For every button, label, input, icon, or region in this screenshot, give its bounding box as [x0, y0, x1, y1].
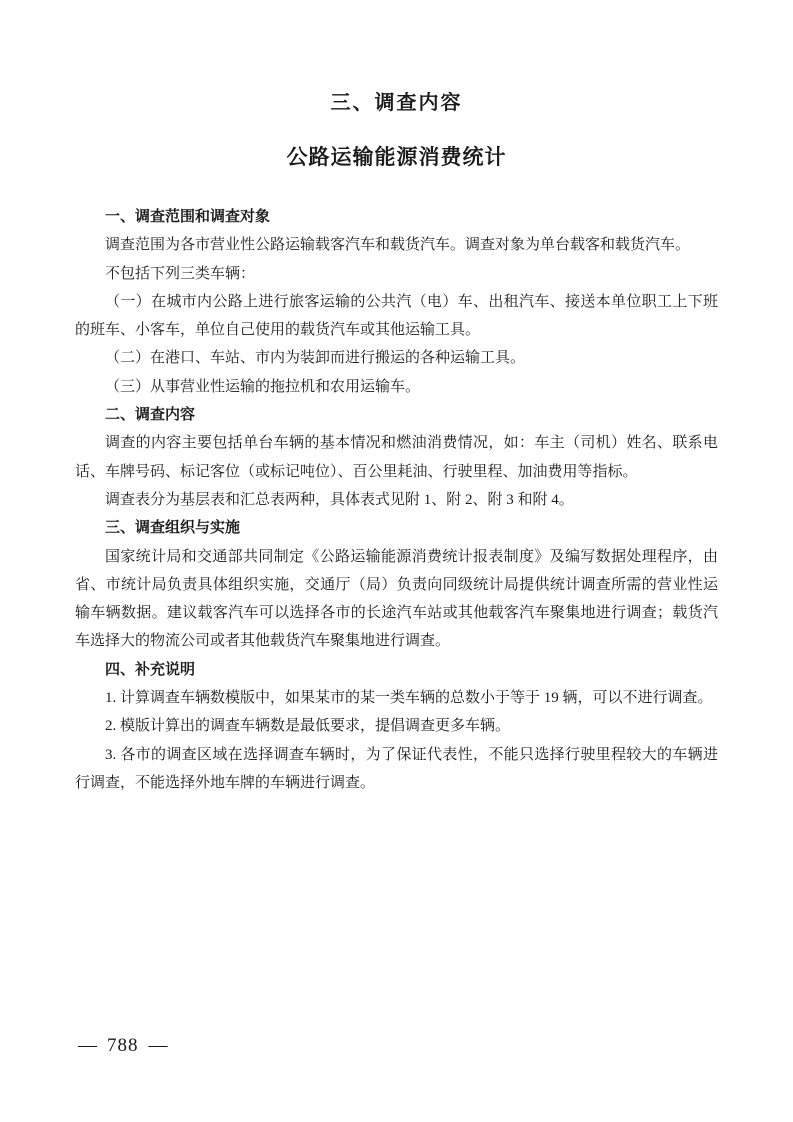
chapter-title: 三、调查内容 — [0, 93, 793, 113]
paragraph: （二）在港口、车站、市内为装卸而进行搬运的各种运输工具。 — [75, 344, 718, 372]
document-body: 一、调查范围和调查对象 调查范围为各市营业性公路运输载客汽车和载货汽车。调查对象… — [75, 203, 718, 797]
section-heading-supplement: 四、补充说明 — [75, 656, 718, 684]
paragraph: 2. 模版计算出的调查车辆数是最低要求，提倡调查更多车辆。 — [75, 712, 718, 740]
page-number: 788 — [107, 1035, 139, 1056]
paragraph: 调查范围为各市营业性公路运输载客汽车和载货汽车。调查对象为单台载客和载货汽车。 — [75, 231, 718, 259]
footer-dash-left: — — [78, 1035, 97, 1056]
document-title: 公路运输能源消费统计 — [0, 147, 793, 169]
paragraph: 调查表分为基层表和汇总表两种，具体表式见附 1、附 2、附 3 和附 4。 — [75, 486, 718, 514]
paragraph: 3. 各市的调查区域在选择调查车辆时，为了保证代表性，不能只选择行驶里程较大的车… — [75, 741, 718, 798]
paragraph: 调查的内容主要包括单台车辆的基本情况和燃油消费情况，如：车主（司机）姓名、联系电… — [75, 429, 718, 486]
page-footer: —788— — [78, 1034, 168, 1058]
paragraph: （一）在城市内公路上进行旅客运输的公共汽（电）车、出租汽车、接送本单位职工上下班… — [75, 288, 718, 345]
section-heading-content: 二、调查内容 — [75, 401, 718, 429]
paragraph: （三）从事营业性运输的拖拉机和农用运输车。 — [75, 373, 718, 401]
footer-dash-right: — — [149, 1035, 168, 1056]
paragraph: 不包括下列三类车辆： — [75, 260, 718, 288]
paragraph: 1. 计算调查车辆数模版中，如果某市的某一类车辆的总数小于等于 19 辆，可以不… — [75, 684, 718, 712]
paragraph: 国家统计局和交通部共同制定《公路运输能源消费统计报表制度》及编写数据处理程序，由… — [75, 543, 718, 656]
section-heading-organization: 三、调查组织与实施 — [75, 514, 718, 542]
section-heading-scope: 一、调查范围和调查对象 — [75, 203, 718, 231]
document-page: 三、调查内容 公路运输能源消费统计 一、调查范围和调查对象 调查范围为各市营业性… — [0, 0, 793, 1122]
